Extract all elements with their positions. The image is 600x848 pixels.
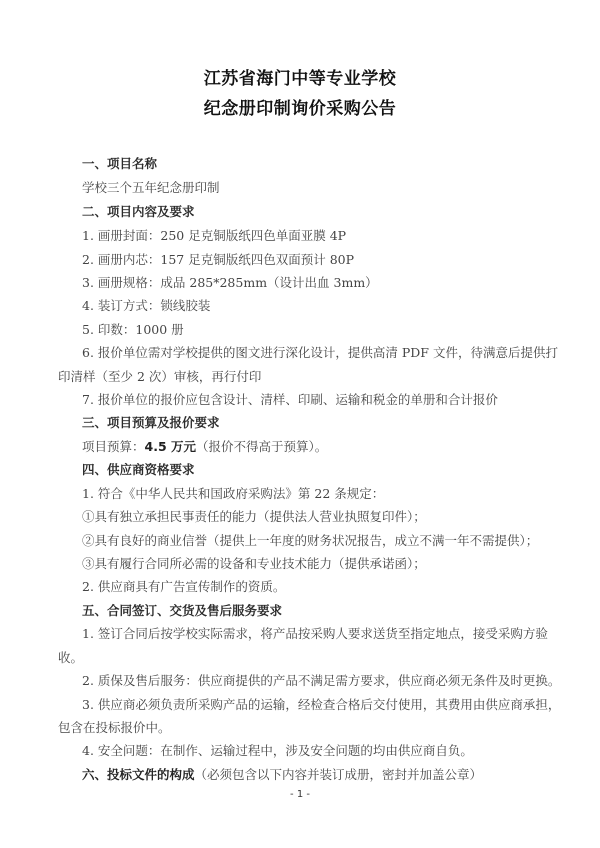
section5-item-4: 4. 安全问题：在制作、运输过程中，涉及安全问题的均由供应商自负。	[82, 743, 473, 759]
document-page: 江苏省海门中等专业学校 纪念册印制询价采购公告 一、项目名称 学校三个五年纪念册…	[0, 0, 600, 848]
section4-item-2: 2. 供应商具有广告宣传制作的资质。	[82, 579, 285, 595]
section6-line: 六、投标文件的构成（必须包含以下内容并装订成册，密封并加盖公章）	[82, 767, 482, 783]
section2-item-5: 5. 印数：1000 册	[82, 322, 184, 338]
section2-item-1: 1. 画册封面：250 足克铜版纸四色单面亚膜 4P	[82, 228, 346, 244]
section2-item-7: 7. 报价单位的报价应包含设计、清样、印刷、运输和税金的单册和合计报价	[82, 392, 498, 408]
section2-item-6: 6. 报价单位需对学校提供的图文进行深化设计，提供高清 PDF 文件，待满意后提…	[82, 345, 558, 361]
section2-item-4: 4. 装订方式：锁线胶装	[82, 298, 210, 314]
section2-item-3: 3. 画册规格：成品 285*285mm（设计出血 3mm）	[82, 275, 378, 291]
section4-item-1b: ②具有良好的商业信誉（提供上一年度的财务状况报告，成立不满一年不需提供）；	[82, 533, 538, 549]
document-title-line1: 江苏省海门中等专业学校	[0, 64, 600, 89]
section5-heading: 五、合同签订、交货及售后服务要求	[82, 603, 282, 619]
budget-note: （报价不得高于预算）。	[196, 439, 327, 454]
section4-heading: 四、供应商资格要求	[82, 462, 195, 478]
section2-heading: 二、项目内容及要求	[82, 204, 195, 220]
section5-item-1: 1. 签订合同后按学校实际需求，将产品按采购人要求送货至指定地点，接受采购方验	[82, 626, 548, 642]
section5-item-1-continued: 收。	[58, 650, 83, 666]
section1-heading: 一、项目名称	[82, 156, 157, 172]
budget-value: 4.5 万元	[145, 439, 197, 454]
section4-item-1: 1. 符合《中华人民共和国政府采购法》第 22 条规定：	[82, 486, 384, 502]
page-number: - 1 -	[0, 789, 600, 800]
section5-item-3-continued: 包含在投标报价中。	[58, 720, 171, 736]
document-title-line2: 纪念册印制询价采购公告	[0, 94, 600, 119]
section3-heading: 三、项目预算及报价要求	[82, 415, 220, 431]
section5-item-3: 3. 供应商必须负责所采购产品的运输，经检查合格后交付使用，其费用由供应商承担，	[82, 697, 560, 713]
section4-item-1a: ①具有独立承担民事责任的能力（提供法人营业执照复印件）；	[82, 509, 426, 525]
section6-note: （必须包含以下内容并装订成册，密封并加盖公章）	[195, 767, 483, 782]
section6-heading: 六、投标文件的构成	[82, 767, 195, 782]
section3-budget: 项目预算：4.5 万元（报价不得高于预算）。	[82, 439, 327, 455]
section1-content: 学校三个五年纪念册印制	[82, 180, 220, 196]
budget-label: 项目预算：	[82, 439, 145, 454]
section4-item-1c: ③具有履行合同所必需的设备和专业技术能力（提供承诺函）；	[82, 556, 426, 572]
section5-item-2: 2. 质保及售后服务：供应商提供的产品不满足需方要求，供应商必须无条件及时更换。	[82, 673, 560, 689]
section2-item-6-continued: 印清样（至少 2 次）审核，再行付印	[58, 369, 261, 385]
section2-item-2: 2. 画册内芯：157 足克铜版纸四色双面预计 80P	[82, 252, 354, 268]
